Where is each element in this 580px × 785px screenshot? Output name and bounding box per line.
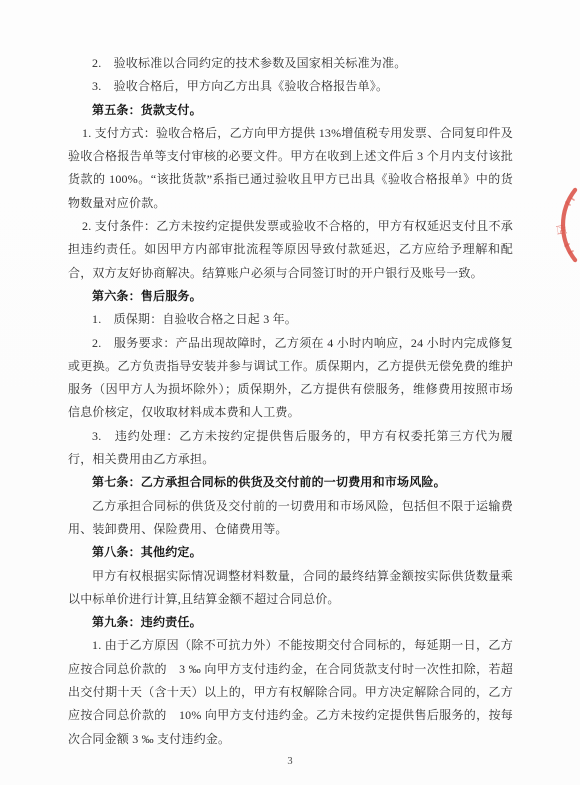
clause-paragraph: 1. 由于乙方原因（除不可抗力外）不能按期交付合同标的，每延期一日，乙方应按合同…: [68, 634, 513, 750]
seal-mark-bottom: [565, 244, 573, 253]
page-number: 3: [0, 756, 580, 767]
section-heading: 第五条：货款支付。: [68, 99, 513, 122]
seal-arc: [563, 190, 575, 260]
document-page: 2. 验收标准以合同约定的技术参数及国家相关标准为准。 3. 验收合格后，甲方向…: [0, 0, 580, 785]
seal-mark-top: [566, 198, 574, 205]
clause-paragraph: 3. 违约处理：乙方未按约定提供售后服务的，甲方有权委托第三方代为履行，相关费用…: [68, 425, 513, 472]
contract-body: 2. 验收标准以合同约定的技术参数及国家相关标准为准。 3. 验收合格后，甲方向…: [68, 52, 513, 751]
section-heading: 第六条：售后服务。: [68, 285, 513, 308]
clause-paragraph: 2. 支付条件：乙方未按约定提供发票或验收不合格的，甲方有权延迟支付且不承担违约…: [68, 215, 513, 285]
clause-paragraph: 乙方承担合同标的供货及交付前的一切费用和市场风险，包括但不限于运输费用、装卸费用…: [68, 495, 513, 542]
section-heading: 第九条：违约责任。: [68, 611, 513, 634]
clause-paragraph: 甲方有权根据实际情况调整材料数量，合同的最终结算金额按实际供货数量乘以中标单价进…: [68, 565, 513, 612]
section-heading: 第七条：乙方承担合同标的供货及交付前的一切费用和市场风险。: [68, 471, 513, 494]
list-item: 3. 验收合格后，甲方向乙方出具《验收合格报告单》。: [68, 75, 513, 98]
section-heading: 第八条：其他约定。: [68, 541, 513, 564]
list-item: 2. 验收标准以合同约定的技术参数及国家相关标准为准。: [68, 52, 513, 75]
seal-character: 西: [553, 223, 568, 236]
clause-paragraph: 1. 质保期：自验收合格之日起 3 年。: [68, 308, 513, 331]
clause-paragraph: 2. 服务要求：产品出现故障时，乙方须在 4 小时内响应，24 小时内完成修复或…: [68, 332, 513, 425]
company-seal-stamp: 西: [548, 176, 580, 276]
clause-paragraph: 1. 支付方式：验收合格后，乙方向甲方提供 13%增值税专用发票、合同复印件及验…: [68, 122, 513, 215]
